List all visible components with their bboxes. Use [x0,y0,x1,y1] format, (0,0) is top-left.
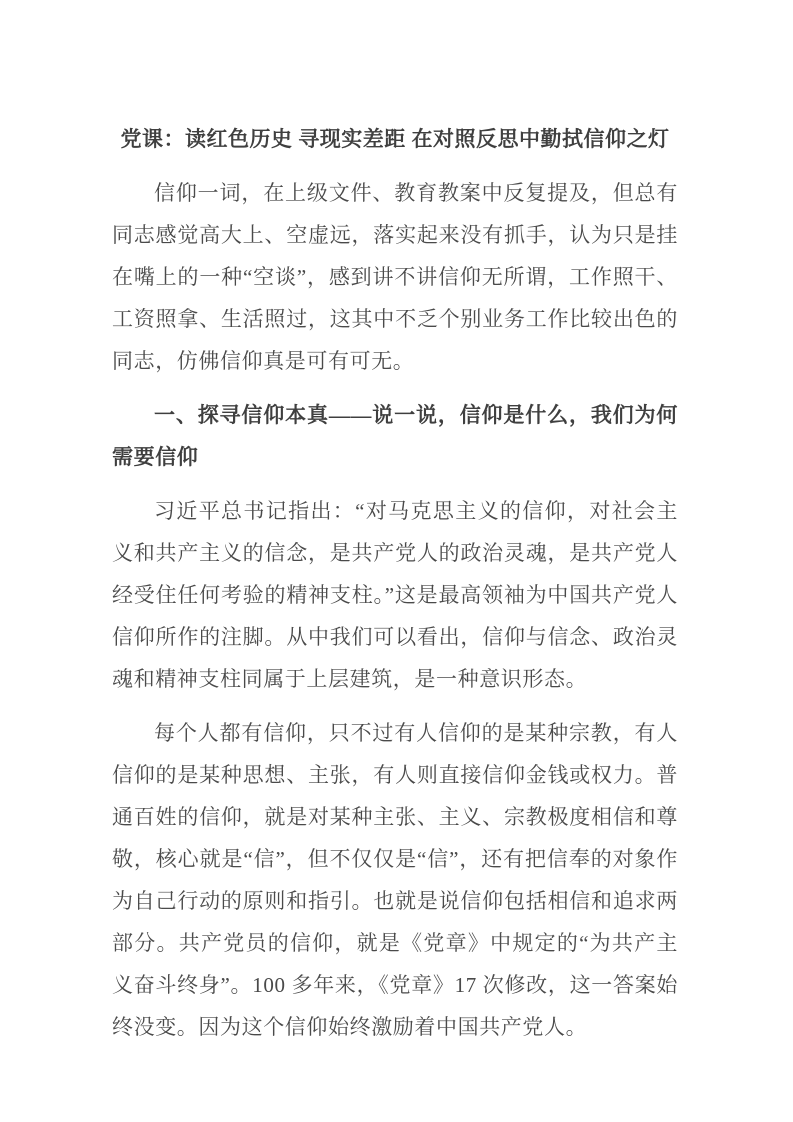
section-heading-1: 一、探寻信仰本真——说一说，信仰是什么，我们为何需要信仰 [112,394,678,478]
document-title: 党课：读红色历史 寻现实差距 在对照反思中勤拭信仰之灯 [112,118,678,160]
paragraph-belief-meaning: 每个人都有信仰，只不过有人信仰的是某种宗教，有人信仰的是某种思想、主张，有人则直… [112,712,678,1048]
paragraph-quote-xi: 习近平总书记指出：“对马克思主义的信仰，对社会主义和共产主义的信念，是共产党人的… [112,490,678,700]
document-page: 党课：读红色历史 寻现实差距 在对照反思中勤拭信仰之灯 信仰一词，在上级文件、教… [0,0,793,1122]
paragraph-intro: 信仰一词，在上级文件、教育教案中反复提及，但总有同志感觉高大上、空虚远，落实起来… [112,172,678,382]
